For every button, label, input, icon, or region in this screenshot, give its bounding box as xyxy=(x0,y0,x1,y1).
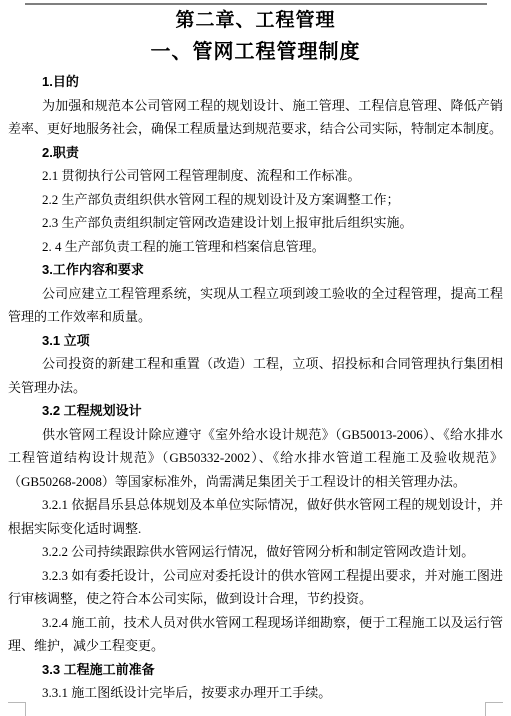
paragraph: 为加强和规范本公司管网工程的规划设计、施工管理、工程信息管理、降低产销差率、更好… xyxy=(8,94,503,141)
document-page: 第二章、工程管理 一、管网工程管理制度 1.目的为加强和规范本公司管网工程的规划… xyxy=(0,0,511,716)
chapter-title: 第二章、工程管理 xyxy=(0,9,511,33)
paragraph: 供水管网工程设计除应遵守《室外给水设计规范》（GB50013-2006）、《给水… xyxy=(8,423,503,494)
section-heading: 1.目的 xyxy=(8,70,503,94)
document-body: 1.目的为加强和规范本公司管网工程的规划设计、施工管理、工程信息管理、降低产销差… xyxy=(8,70,503,705)
paragraph: 2.1 贯彻执行公司管网工程管理制度、流程和工作标准。 xyxy=(8,164,503,188)
section-heading: 3.工作内容和要求 xyxy=(8,258,503,282)
text-boundary-mark-bottom-left xyxy=(8,702,26,716)
paragraph: 3.2.3 如有委托设计，公司应对委托设计的供水管网工程提出要求，并对施工图进行… xyxy=(8,564,503,611)
paragraph: 公司应建立工程管理系统，实现从工程立项到竣工验收的全过程管理，提高工程管理的工作… xyxy=(8,282,503,329)
paragraph: 2. 4 生产部负责工程的施工管理和档案信息管理。 xyxy=(8,235,503,259)
section-title: 一、管网工程管理制度 xyxy=(0,39,511,65)
section-heading: 3.2 工程规划设计 xyxy=(8,399,503,423)
paragraph: 3.2.4 施工前，技术人员对供水管网工程现场详细勘察，便于工程施工以及运行管理… xyxy=(8,611,503,658)
paragraph: 3.3.1 施工图纸设计完毕后，按要求办理开工手续。 xyxy=(8,681,503,705)
paragraph: 2.2 生产部负责组织供水管网工程的规划设计及方案调整工作； xyxy=(8,188,503,212)
paragraph: 3.2.1 依据昌乐县总体规划及本单位实际情况，做好供水管网工程的规划设计，并根… xyxy=(8,493,503,540)
paragraph: 2.3 生产部负责组织制定管网改造建设计划上报审批后组织实施。 xyxy=(8,211,503,235)
section-heading: 3.3 工程施工前准备 xyxy=(8,658,503,682)
section-heading: 2.职责 xyxy=(8,141,503,165)
paragraph: 公司投资的新建工程和重置（改造）工程，立项、招投标和合同管理执行集团相关管理办法… xyxy=(8,352,503,399)
page-top-rule xyxy=(25,3,487,5)
section-heading: 3.1 立项 xyxy=(8,329,503,353)
text-boundary-mark-bottom-right xyxy=(485,702,503,716)
paragraph: 3.2.2 公司持续跟踪供水管网运行情况，做好管网分析和制定管网改造计划。 xyxy=(8,540,503,564)
